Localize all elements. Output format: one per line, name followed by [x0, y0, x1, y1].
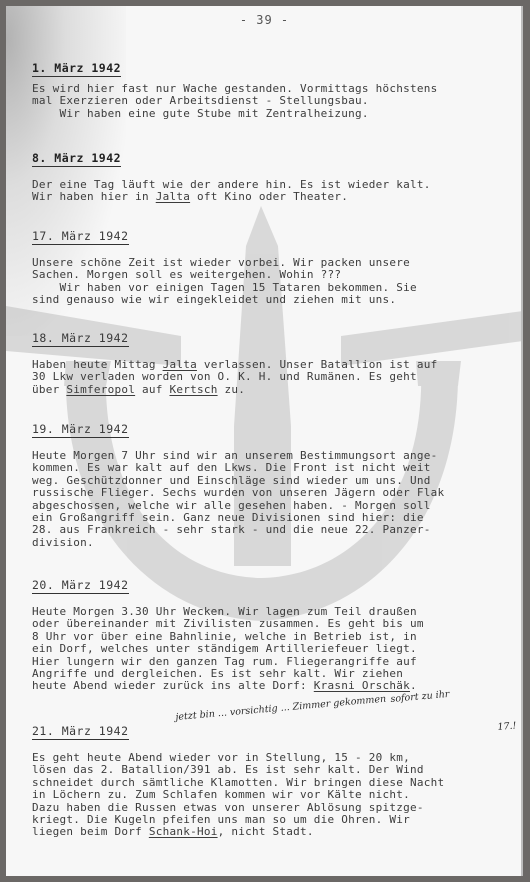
place-name-jalta: Jalta: [156, 190, 190, 203]
entry-line: heute Abend wieder zurück ins alte Dorf:…: [32, 679, 417, 692]
entry-body: Unsere schöne Zeit ist wieder vorbei. Wi…: [32, 257, 502, 307]
entry-date: 21. März 1942: [32, 724, 129, 740]
place-name-schank-hoi: Schank-Hoi: [149, 825, 218, 838]
entry-body: Der eine Tag läuft wie der andere hin. E…: [32, 179, 502, 204]
entry-line: division.: [32, 536, 94, 549]
entry-line: 8 Uhr vor über eine Bahnlinie, welche in…: [32, 630, 417, 643]
entry-line: Heute Morgen 3.30 Uhr Wecken. Wir lagen …: [32, 605, 417, 618]
entry-line: schneidet durch sämtliche Klamotten. Wir…: [32, 776, 444, 789]
page-edge-shadow: [521, 6, 523, 876]
entry-line: Wir haben eine gute Stube mit Zentralhei…: [32, 107, 369, 120]
handwritten-note-mark: 17.!: [497, 720, 517, 733]
entry-date: 19. März 1942: [32, 422, 129, 438]
entry-body: Haben heute Mittag Jalta verlassen. Unse…: [32, 359, 502, 396]
entry-line: über Simferopol auf Kertsch zu.: [32, 383, 245, 396]
entry-line: mal Exerzieren oder Arbeitsdienst - Stel…: [32, 94, 369, 107]
entry-line: Es geht heute Abend wieder vor in Stellu…: [32, 751, 410, 764]
place-name-krasni-orschak: Krasni Orschäk: [314, 679, 410, 692]
page-number: - 39 -: [6, 13, 523, 27]
entry-date: 20. März 1942: [32, 578, 129, 594]
place-name-jalta: Jalta: [163, 358, 197, 371]
diary-entry: 20. März 1942 Heute Morgen 3.30 Uhr Weck…: [32, 574, 502, 693]
entry-line: in Löchern zu. Zum Schlafen kommen wir v…: [32, 788, 410, 801]
entry-line: Dazu haben die Russen etwas von unserer …: [32, 801, 424, 814]
entry-line: Angriffe und dergleichen. Es ist sehr ka…: [32, 667, 403, 680]
entry-line: Wir haben vor einigen Tagen 15 Tataren b…: [32, 281, 417, 294]
entry-line: Wir haben hier in Jalta oft Kino oder Th…: [32, 190, 348, 203]
entry-line: Heute Morgen 7 Uhr sind wir an unserem B…: [32, 449, 437, 462]
entry-body: Heute Morgen 7 Uhr sind wir an unserem B…: [32, 450, 502, 549]
entry-date: 1. März 1942: [32, 61, 121, 77]
diary-entry: 21. März 1942 Es geht heute Abend wieder…: [32, 720, 502, 839]
entry-line: abgeschossen, welche wir alle gesehen ha…: [32, 499, 431, 512]
entry-line: weg. Geschützdonner und Einschläge sind …: [32, 474, 431, 487]
entry-line: kriegt. Die Kugeln pfeifen uns man so um…: [32, 813, 410, 826]
diary-entry: 19. März 1942 Heute Morgen 7 Uhr sind wi…: [32, 418, 502, 549]
entry-line: 30 Lkw verladen worden von O. K. H. und …: [32, 370, 417, 383]
entry-body: Es geht heute Abend wieder vor in Stellu…: [32, 752, 502, 839]
place-name-kertsch: Kertsch: [169, 383, 217, 396]
entry-line: kommen. Es war kalt auf den Lkws. Die Fr…: [32, 461, 431, 474]
entry-line: Hier lungern wir den ganzen Tag rum. Fli…: [32, 655, 417, 668]
entry-body: Es wird hier fast nur Wache gestanden. V…: [32, 83, 502, 120]
entry-date: 8. März 1942: [32, 151, 121, 167]
entry-line: russische Flieger. Sechs wurden von unse…: [32, 486, 444, 499]
entry-date: 18. März 1942: [32, 331, 129, 347]
entry-line: sind genauso wie wir eingekleidet und zi…: [32, 293, 396, 306]
entry-line: liegen beim Dorf Schank-Hoi, nicht Stadt…: [32, 825, 314, 838]
diary-entry: 17. März 1942 Unsere schöne Zeit ist wie…: [32, 225, 502, 307]
entry-line: oder übereinander mit Zivilisten zusamme…: [32, 617, 424, 630]
entry-line: ein Dorf, welches unter ständigem Artill…: [32, 642, 417, 655]
entry-date: 17. März 1942: [32, 229, 129, 245]
entry-body: Heute Morgen 3.30 Uhr Wecken. Wir lagen …: [32, 606, 502, 693]
diary-entry: 18. März 1942 Haben heute Mittag Jalta v…: [32, 327, 502, 396]
entry-line: Es wird hier fast nur Wache gestanden. V…: [32, 82, 437, 95]
entry-line: Der eine Tag läuft wie der andere hin. E…: [32, 178, 431, 191]
entry-line: Unsere schöne Zeit ist wieder vorbei. Wi…: [32, 256, 410, 269]
entry-line: Sachen. Morgen soll es weitergehen. Wohi…: [32, 268, 341, 281]
handwritten-note-line2: jetzt bin ... vorsichtig ... Zimmer geko…: [175, 694, 387, 723]
diary-entry: 8. März 1942 Der eine Tag läuft wie der …: [32, 147, 502, 204]
entry-line: Haben heute Mittag Jalta verlassen. Unse…: [32, 358, 438, 371]
place-name-simferopol: Simferopol: [66, 383, 135, 396]
entry-line: lösen das 2. Batallion/391 ab. Es ist se…: [32, 763, 424, 776]
entry-line: 28. aus Frankreich - sehr stark - und di…: [32, 523, 431, 536]
diary-entry: 1. März 1942 Es wird hier fast nur Wache…: [32, 57, 502, 120]
document-page: - 39 - 1. März 1942 Es wird hier fast nu…: [6, 6, 523, 876]
entry-line: ein Großangriff sein. Ganz neue Division…: [32, 511, 424, 524]
